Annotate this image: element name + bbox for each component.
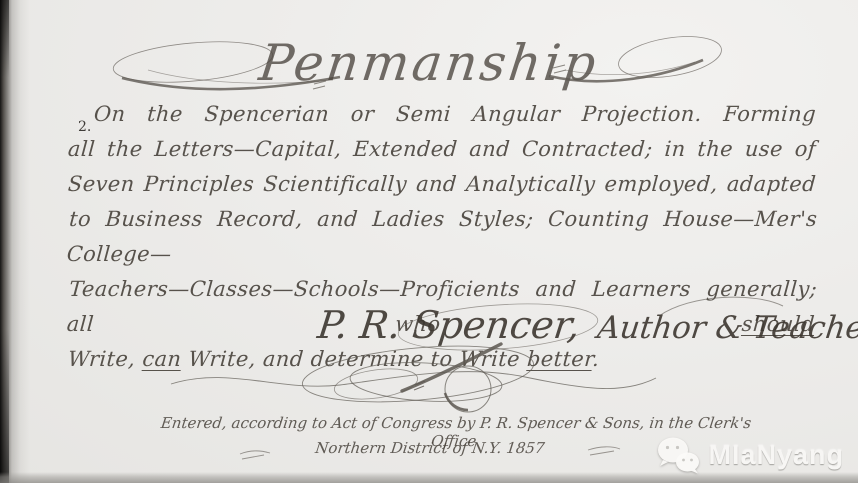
district-line: Northern District of N.Y. 1857 xyxy=(257,439,603,457)
body-line-2: all the Letters—Capital, Extended and Co… xyxy=(67,132,817,167)
signature-name: P. R. Spencer, xyxy=(315,303,582,347)
body-line-1: On the Spencerian or Semi Angular Projec… xyxy=(67,97,817,132)
body-line-3: Seven Principles Scientifically and Anal… xyxy=(67,167,817,202)
body-line-4: to Business Record, and Ladies Styles; C… xyxy=(66,202,819,272)
wechat-icon xyxy=(656,436,700,474)
page-title: Penmanship xyxy=(0,34,858,92)
body-line-6: Write, can Write, and determine to Write… xyxy=(67,342,817,377)
signature-role: Author & Teacher. xyxy=(595,310,858,346)
watermark: MIaNyang xyxy=(656,436,844,474)
signature-line: P. R. Spencer,Author & Teacher. xyxy=(315,303,858,347)
scanned-penmanship-page: Penmanship 2. On the Spencerian or Semi … xyxy=(0,0,858,483)
watermark-label: MIaNyang xyxy=(708,440,844,471)
